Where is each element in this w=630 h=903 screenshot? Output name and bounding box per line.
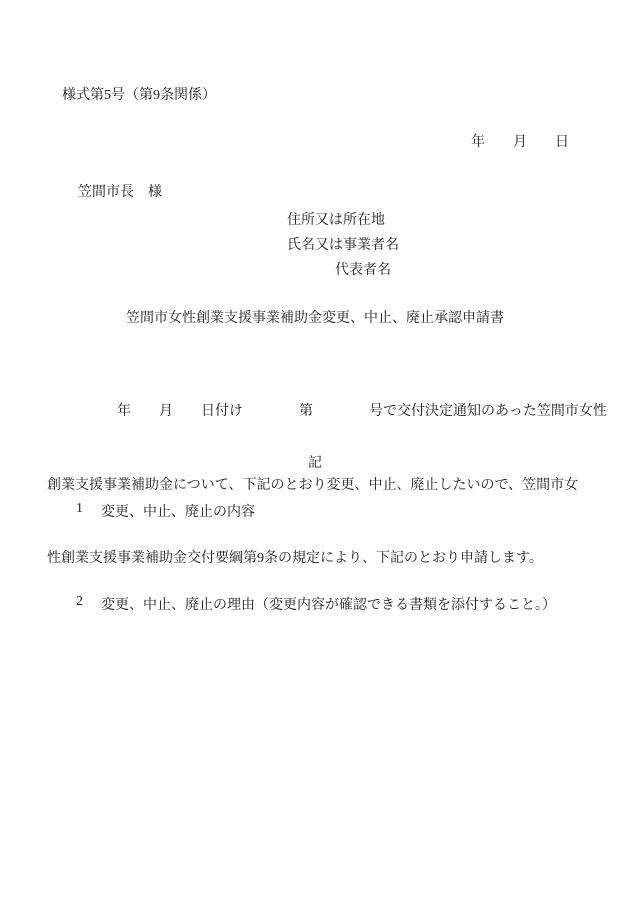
list-item-1: 1 変更、中止、廃止の内容 <box>76 501 255 521</box>
form-number: 様式第5号（第9条関係） <box>62 84 216 104</box>
document-page: 様式第5号（第9条関係） 年 月 日 笠間市長 様 住所又は所在地 氏名又は事業… <box>0 0 630 903</box>
applicant-address-label: 住所又は所在地 <box>287 209 385 229</box>
body-line-3: 性創業支援事業補助金交付要綱第9条の規定により、下記のとおり申請します。 <box>47 547 587 572</box>
body-paragraph: 年 月 日付け 第 号で交付決定通知のあった笠間市女性 創業支援事業補助金につい… <box>47 351 587 621</box>
addressee: 笠間市長 様 <box>78 181 162 201</box>
list-item-2-number: 2 <box>76 594 83 614</box>
document-title: 笠間市女性創業支援事業補助金変更、中止、廃止承認申請書 <box>0 307 630 327</box>
list-item-2-text: 変更、中止、廃止の理由（変更内容が確認できる書類を添付すること。） <box>101 594 556 614</box>
record-heading: 記 <box>0 452 630 472</box>
applicant-representative-label: 代表者名 <box>335 259 391 279</box>
list-item-1-text: 変更、中止、廃止の内容 <box>101 501 255 521</box>
body-line-2: 創業支援事業補助金について、下記のとおり変更、中止、廃止したいので、笠間市女 <box>47 474 587 499</box>
list-item-2: 2 変更、中止、廃止の理由（変更内容が確認できる書類を添付すること。） <box>76 594 556 614</box>
body-line-1: 年 月 日付け 第 号で交付決定通知のあった笠間市女性 <box>47 400 587 425</box>
date-line: 年 月 日 <box>471 131 569 151</box>
applicant-name-label: 氏名又は事業者名 <box>287 234 399 254</box>
list-item-1-number: 1 <box>76 501 83 521</box>
